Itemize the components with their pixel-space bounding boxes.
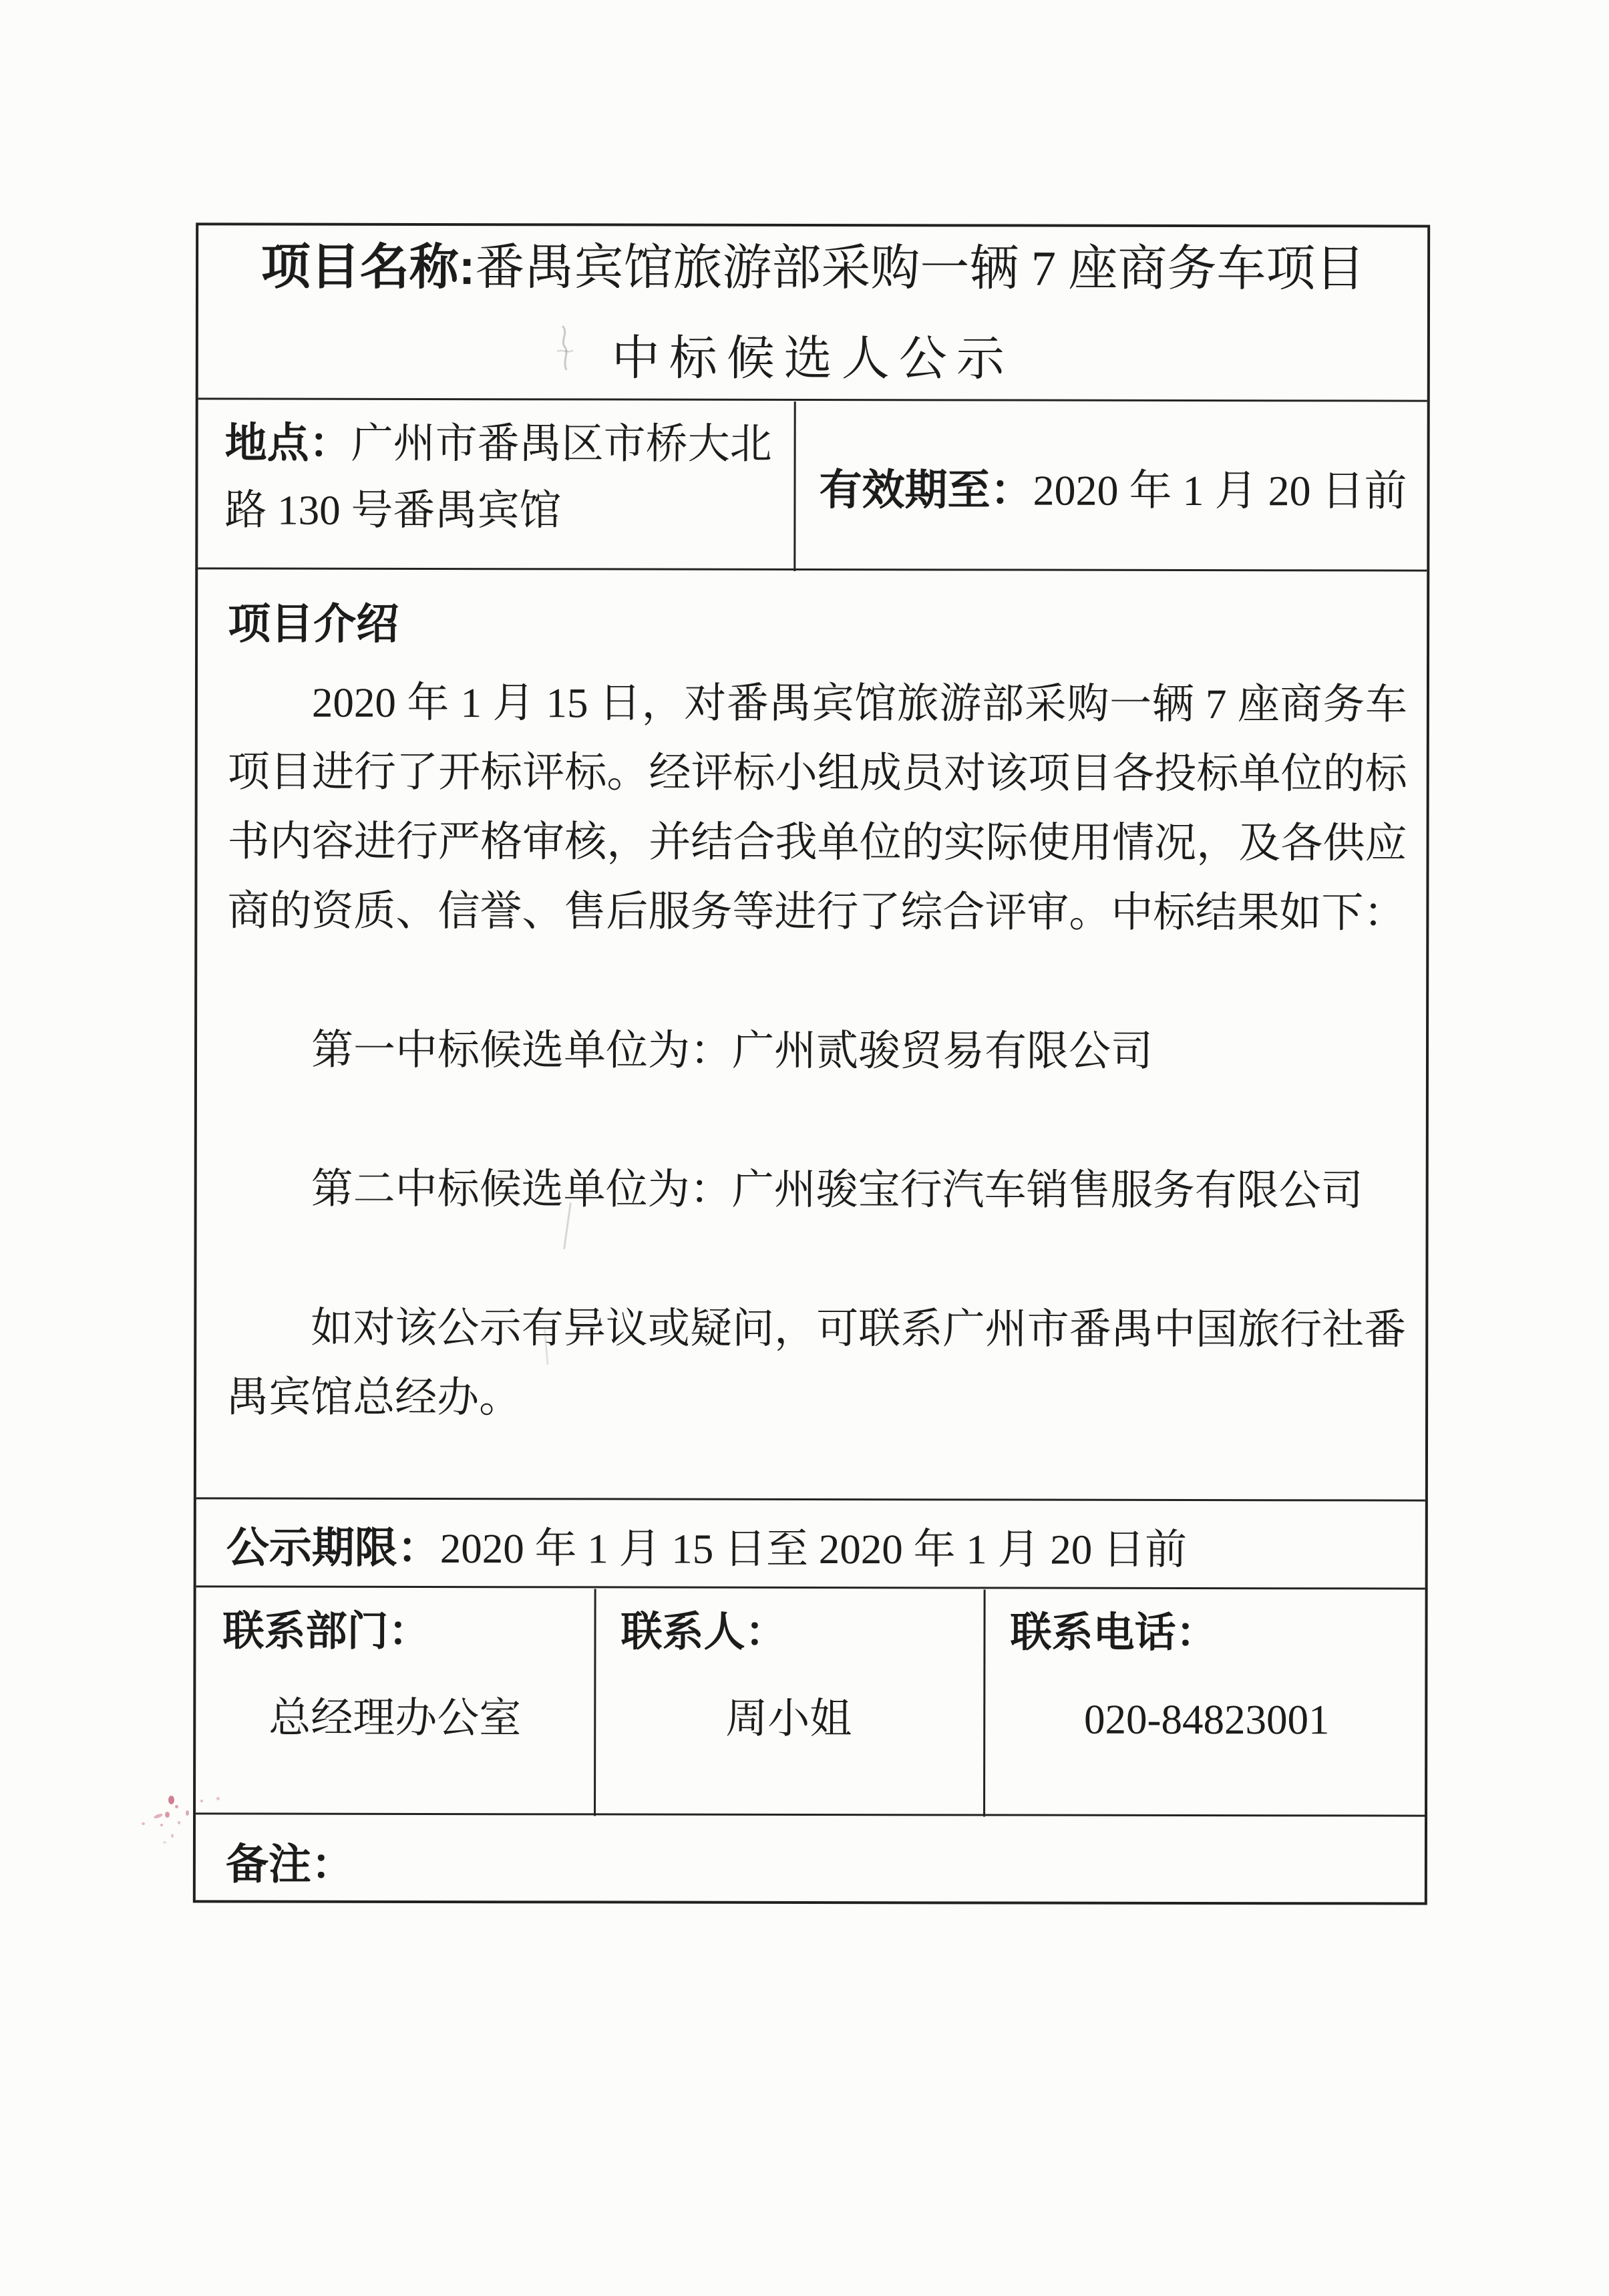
remarks-row: 备注： <box>196 1815 1425 1907</box>
contacts-row: 联系部门： 总经理办公室 联系人： 周小姐 联系电话： 020-84823001 <box>196 1588 1425 1817</box>
scan-artifact-pen-squiggle <box>542 321 589 381</box>
title-line-2: 中标候选人公示 <box>198 325 1427 391</box>
publicity-period-row: 公示期限：2020 年 1 月 15 日至 2020 年 1 月 20 日前 <box>196 1500 1425 1590</box>
title-row: 项目名称:番禺宾馆旅游部采购一辆 7 座商务车项目 中标候选人公示 <box>198 225 1427 402</box>
contact-phone-value: 020-84823001 <box>983 1688 1430 1750</box>
meta-row: 地点：广州市番禺区市桥大北路 130 号番禺宾馆 有效期至：2020 年 1 月… <box>198 400 1427 572</box>
contact-department-label: 联系部门： <box>222 1605 429 1658</box>
contact-person-cell: 联系人： 周小姐 <box>594 1589 984 1816</box>
intro-paragraph-2: 如对该公示有异议或疑问，可联系广州市番禺中国旅行社番禺宾馆总经办。 <box>226 1293 1406 1434</box>
project-name-text: 番禺宾馆旅游部采购一辆 7 座商务车项目 <box>475 240 1365 297</box>
project-name-label: 项目名称: <box>261 239 476 295</box>
validity-label: 有效期至： <box>819 456 1033 518</box>
subtitle-text: 中标候选人公示 <box>612 331 1014 385</box>
validity-cell: 有效期至：2020 年 1 月 20 日前 <box>793 401 1427 572</box>
publicity-period-text: 2020 年 1 月 15 日至 2020 年 1 月 20 日前 <box>440 1514 1187 1577</box>
notice-table: 项目名称:番禺宾馆旅游部采购一辆 7 座商务车项目 中标候选人公示 地点：广州市… <box>193 222 1430 1905</box>
contact-department-cell: 联系部门： 总经理办公室 <box>196 1588 594 1816</box>
contact-person-label: 联系人： <box>620 1607 786 1659</box>
contact-department-value: 总经理办公室 <box>196 1687 594 1749</box>
remarks-label: 备注： <box>226 1830 354 1891</box>
first-candidate-line: 第一中标候选单位为：广州贰骏贸易有限公司 <box>227 1015 1407 1086</box>
second-candidate-line: 第二中标候选单位为：广州骏宝行汽车销售服务有限公司 <box>227 1154 1407 1225</box>
intro-row: 项目介绍 2020 年 1 月 15 日，对番禺宾馆旅游部采购一辆 7 座商务车… <box>196 570 1427 1502</box>
contact-person-value: 周小姐 <box>594 1687 983 1750</box>
contact-phone-cell: 联系电话： 020-84823001 <box>983 1589 1431 1817</box>
publicity-period-label: 公示期限： <box>226 1513 440 1575</box>
location-cell: 地点：广州市番禺区市桥大北路 130 号番禺宾馆 <box>198 400 793 571</box>
validity-text: 2020 年 1 月 20 日前 <box>1033 456 1407 518</box>
title-line-1: 项目名称:番禺宾馆旅游部采购一辆 7 座商务车项目 <box>198 234 1427 301</box>
scanned-notice-page: 项目名称:番禺宾馆旅游部采购一辆 7 座商务车项目 中标候选人公示 地点：广州市… <box>0 0 1609 2296</box>
intro-paragraph-1: 2020 年 1 月 15 日，对番禺宾馆旅游部采购一辆 7 座商务车项目进行了… <box>227 667 1407 947</box>
contact-phone-label: 联系电话： <box>1010 1607 1217 1660</box>
intro-heading: 项目介绍 <box>228 589 1402 660</box>
location-label: 地点： <box>225 420 351 466</box>
